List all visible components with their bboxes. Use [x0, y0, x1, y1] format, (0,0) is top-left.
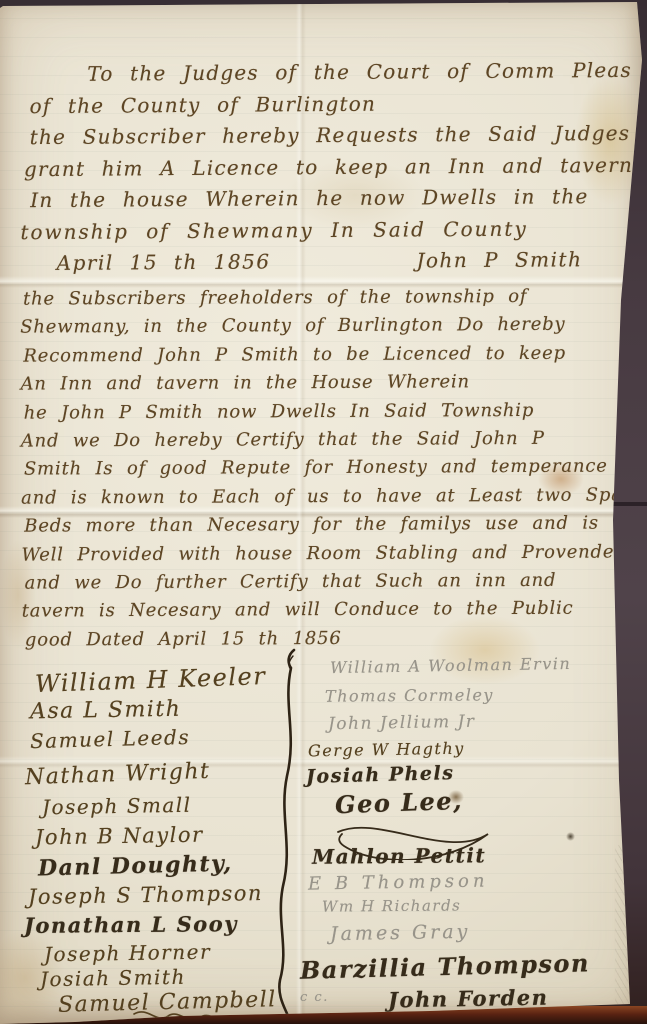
paper-sheet: To the Judges of the Court of Comm Pleas… [0, 0, 647, 1024]
petitioner-signature: John P Smith [416, 247, 582, 272]
petition-line: of the County of Burlington [29, 89, 629, 125]
signature-item: Asa L Smith [30, 697, 182, 725]
signature-item: Mahlon Pettit [312, 843, 486, 869]
petition-line: In the house Wherein he now Dwells in th… [30, 184, 630, 220]
signature-item: Samuel Campbell [58, 987, 277, 1018]
petition-date-row: April 15 th 1856 John P Smith [31, 247, 631, 283]
recommendation-line: tavern is Necesary and will Conduce to t… [22, 598, 631, 630]
signature-item: Nathan Wright [25, 759, 211, 790]
recommendation-line: the Subscribers freeholders of the towns… [23, 285, 629, 317]
signature-item: William H Keeler [35, 662, 267, 698]
petition-date: April 15 th 1856 [57, 249, 271, 274]
petition-line: township of Shewmany In Said County [20, 215, 630, 251]
signature-item: Josiah Phels [306, 762, 455, 788]
recommendation-line: and we Do further Certify that Such an i… [25, 569, 631, 601]
signature-item: John Jellium Jr [328, 712, 476, 735]
recommendation-line: An Inn and tavern in the House Wherein [20, 371, 629, 403]
signature-item: Jonathan L Sooy [24, 911, 238, 938]
recommendation-line: Smith Is of good Repute for Honesty and … [24, 456, 630, 488]
recommendation-line: Shewmany, in the County of Burlington Do… [20, 314, 629, 346]
signature-item: E B Thompson [308, 870, 489, 894]
recommendation-paragraph: the Subscribers freeholders of the towns… [23, 285, 631, 657]
pencil-marks: c c. [300, 990, 329, 1005]
petition-line: To the Judges of the Court of Comm Pleas [29, 58, 629, 94]
signature-item: John B Naylor [35, 823, 204, 850]
signature-item: William A Woolman Ervin [330, 654, 571, 677]
recommendation-line: Beds more than Necesary for the familys … [24, 513, 630, 545]
ink-spot [566, 832, 575, 841]
signature-item: Josiah Smith [40, 965, 186, 992]
signature-item: Joseph Horner [44, 940, 211, 967]
signature-item: James Gray [330, 921, 471, 945]
recommendation-line: he John P Smith now Dwells In Said Towns… [24, 399, 630, 431]
petition-line: grant him A Licence to keep an Inn and t… [24, 152, 630, 188]
document-photo: To the Judges of the Court of Comm Pleas… [0, 0, 647, 1024]
signature-item: Joseph S Thompson [28, 881, 263, 909]
signature-item: Thomas Cormeley [325, 685, 494, 705]
signature-item: Gerge W Hagthy [308, 739, 465, 761]
recommendation-line: Recommend John P Smith to be Licenced to… [23, 342, 629, 374]
recommendation-line: And we Do hereby Certify that the Said J… [21, 427, 630, 459]
recommendation-line: Well Provided with house Room Stabling a… [21, 541, 630, 573]
signature-item: Wm H Richards [322, 896, 461, 915]
signature-item: Joseph Small [42, 793, 192, 820]
recommendation-line: good Dated April 15 th 1856 [25, 626, 631, 658]
petition-paragraph: To the Judges of the Court of Comm Pleas… [29, 58, 631, 283]
signature-item: Samuel Leeds [30, 725, 191, 753]
petition-line: the Subscriber hereby Requests the Said … [30, 121, 630, 157]
pencil-hatching [615, 845, 631, 1010]
signature-item: Barzillia Thompson [300, 948, 591, 985]
signature-item: Geo Lee, [335, 786, 464, 819]
signature-item: Danl Doughty, [38, 850, 233, 881]
recommendation-line: and is known to Each of us to have at Le… [21, 484, 630, 516]
